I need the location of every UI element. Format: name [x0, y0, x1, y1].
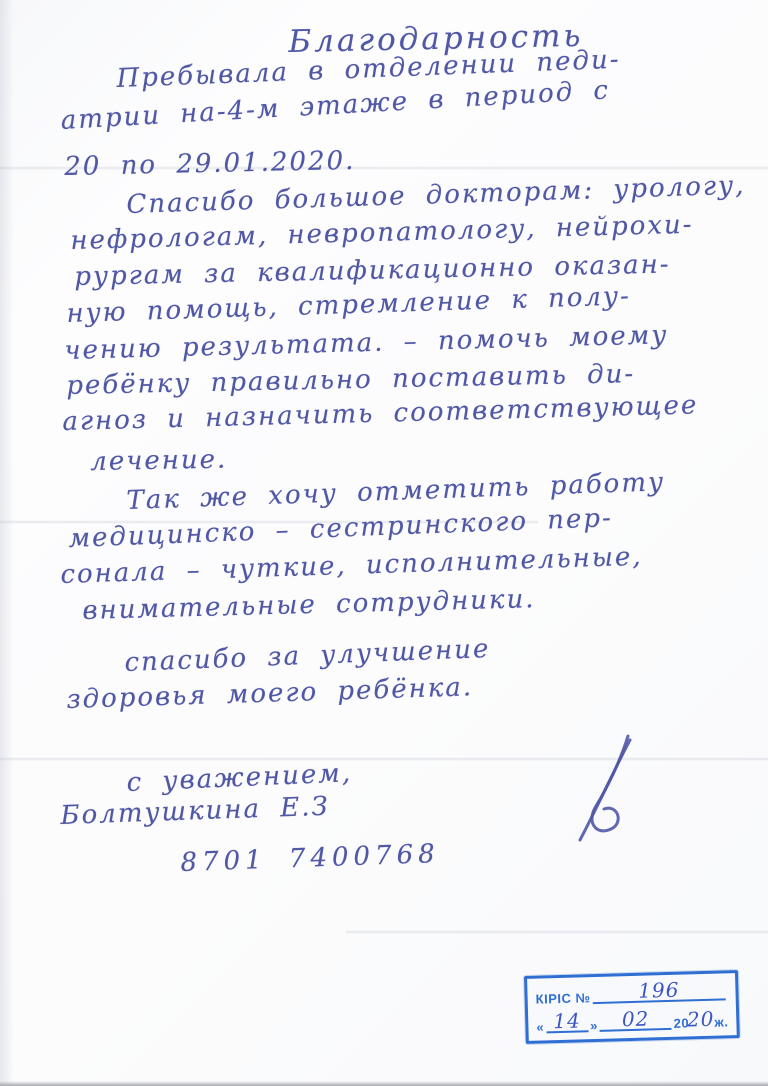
letter-line: чению результата. – помочь моему: [64, 320, 669, 366]
stamp-label: КІРІС №: [535, 991, 590, 1006]
incoming-stamp: КІРІС № 196 « 14 » 02 20 20 ж.: [524, 970, 740, 1044]
letter-line: спасибо за улучшение: [124, 634, 491, 678]
closing-name: Болтушкина Е.З: [60, 792, 330, 831]
paper-crease: [346, 930, 768, 934]
scanned-letter-page: Благодарность Пребывала в отделении педи…: [0, 0, 768, 1086]
stamp-year-written: 20: [687, 1009, 715, 1030]
stamp-number-row: КІРІС № 196: [535, 978, 728, 1005]
letter-line: лечение.: [90, 445, 228, 477]
stamp-month: 02: [599, 1008, 671, 1032]
letter-line: здоровья моего ребёнка.: [66, 672, 473, 715]
stamp-open-quote: «: [536, 1020, 544, 1033]
stamp-date-row: « 14 » 02 20 20 ж.: [536, 1006, 729, 1033]
stamp-number: 196: [592, 978, 726, 1004]
paper-edge-shadow: [0, 0, 14, 1086]
signature-flourish: [566, 732, 676, 847]
stamp-year-suffix: ж.: [714, 1015, 728, 1028]
paper-edge-bottom: [0, 1081, 768, 1086]
letter-line: внимательные сотрудники.: [82, 584, 536, 626]
stamp-day: 14: [546, 1010, 589, 1033]
closing-phone: 8701 7400768: [180, 839, 440, 878]
letter-line: 20 по 29.01.2020.: [64, 146, 356, 182]
stamp-close-quote: »: [590, 1019, 598, 1032]
